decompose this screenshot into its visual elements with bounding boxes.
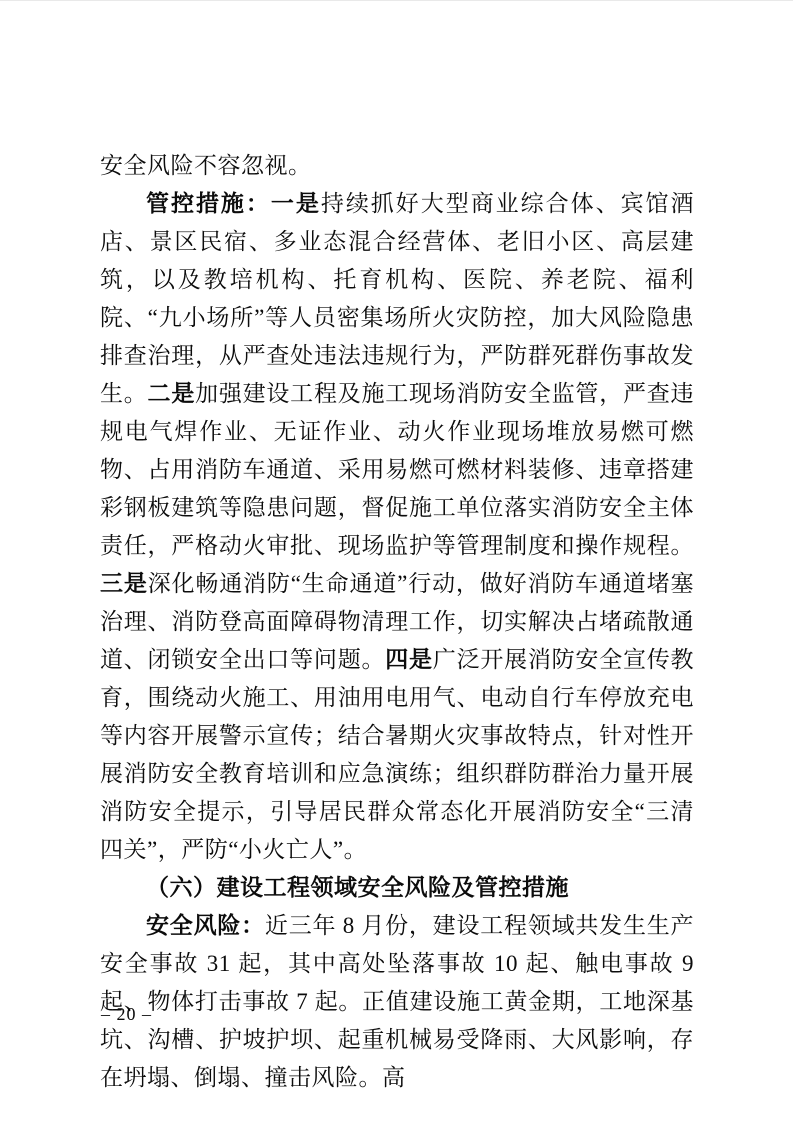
paragraph-control-measures: 管控措施：一是持续抓好大型商业综合体、宾馆酒店、景区民宿、多业态混合经营体、老旧… <box>100 185 694 869</box>
safety-risk-text: 近三年 8 月份，建设工程领域共发生生产安全事故 31 起，其中高处坠落事故 1… <box>100 913 694 1090</box>
paragraph-continuation: 安全风险不容忽视。 <box>100 147 694 185</box>
control-measures-item1-label: 一是 <box>271 191 321 216</box>
continuation-text: 安全风险不容忽视。 <box>100 153 312 178</box>
safety-risk-label: 安全风险： <box>146 913 265 938</box>
control-measures-item2-text: 加强建设工程及施工现场消防安全监管，严查违规电气焊作业、无证作业、动火作业现场堆… <box>100 381 694 558</box>
control-measures-item4-label: 四是 <box>385 647 433 672</box>
control-measures-item2-label: 二是 <box>148 381 196 406</box>
document-page: 安全风险不容忽视。 管控措施：一是持续抓好大型商业综合体、宾馆酒店、景区民宿、多… <box>0 0 793 1122</box>
control-measures-item1-text: 持续抓好大型商业综合体、宾馆酒店、景区民宿、多业态混合经营体、老旧小区、高层建筑… <box>100 191 694 406</box>
control-measures-label: 管控措施： <box>146 191 271 216</box>
control-measures-item4-text: 广泛开展消防安全宣传教育，围绕动火施工、用油用电用气、电动自行车停放充电等内容开… <box>100 647 694 862</box>
page-number: – 20 – <box>101 1002 152 1026</box>
section-heading: （六）建设工程领域安全风险及管控措施 <box>100 869 694 907</box>
section-heading-text: （六）建设工程领域安全风险及管控措施 <box>146 875 569 900</box>
paragraph-safety-risk: 安全风险：近三年 8 月份，建设工程领域共发生生产安全事故 31 起，其中高处坠… <box>100 907 694 1097</box>
document-text-area: 安全风险不容忽视。 管控措施：一是持续抓好大型商业综合体、宾馆酒店、景区民宿、多… <box>100 147 694 1097</box>
control-measures-item3-label: 三是 <box>100 571 148 596</box>
